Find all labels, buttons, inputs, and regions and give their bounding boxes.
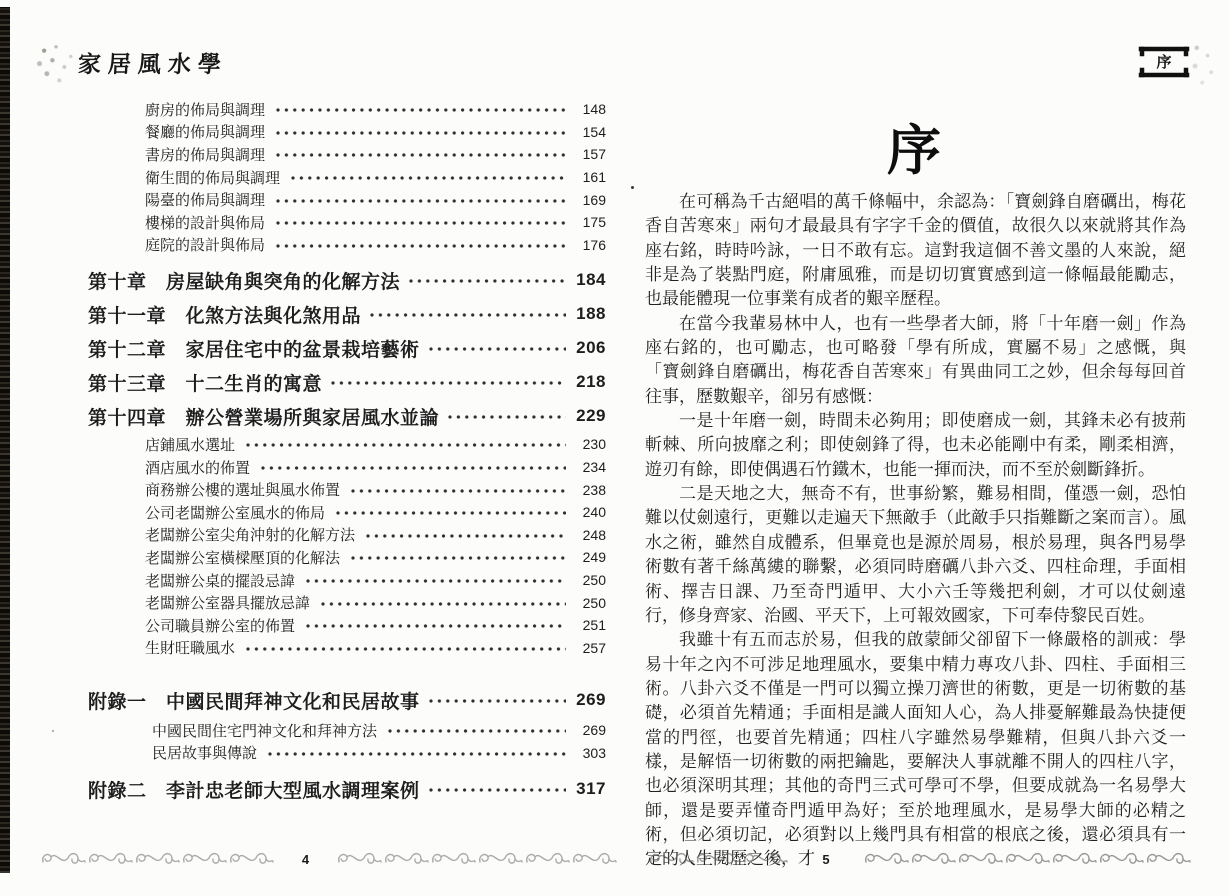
toc-entry-title: 老闆辦公室器具擺放忌諱 [145, 592, 310, 613]
scroll-ornament-icon [648, 849, 695, 869]
dot-leader [428, 342, 566, 356]
tab-label: 序 [1138, 51, 1190, 72]
scroll-ornament-icon [134, 849, 181, 869]
dot-leader [290, 171, 566, 185]
toc-row: 附錄一 中國民間拜神文化和民居故事269 [88, 683, 606, 717]
toc-row: 商務辦公樓的選址與風水佈置238 [88, 478, 606, 501]
footer-ornament [40, 849, 275, 869]
toc-entry-title: 酒店風水的佈置 [145, 457, 250, 478]
scroll-ornament-icon [1098, 849, 1145, 869]
dot-leader [330, 376, 566, 390]
scroll-ornament-icon [181, 849, 228, 869]
dot-leader [350, 484, 566, 498]
toc-entry-title: 餐廳的佈局與調理 [145, 121, 265, 142]
dot-leader [369, 308, 566, 322]
toc-entry-title: 陽臺的佈局與調理 [145, 189, 265, 210]
toc-entry-title: 商務辦公樓的選址與風水佈置 [145, 479, 340, 500]
toc-entry-page: 184 [572, 270, 606, 290]
toc-row: 第十一章 化煞方法與化煞用品188 [88, 297, 606, 331]
toc-entry-page: 230 [572, 436, 606, 452]
toc-row: 第十章 房屋缺角與突角的化解方法184 [88, 263, 606, 297]
dot-leader [245, 438, 566, 452]
footer-ornament [648, 849, 789, 869]
toc-row: 書房的佈局與調理157 [88, 143, 606, 166]
toc-row: 生財旺職風水257 [88, 637, 606, 660]
dot-leader [275, 148, 566, 162]
scroll-ornament-icon [524, 849, 571, 869]
toc-entry-page: 229 [572, 406, 606, 426]
dot-leader [275, 239, 566, 253]
dot-leader [350, 551, 566, 565]
preface-paragraph: 在當今我輩易林中人，也有一些學者大師，將「十年磨一劍」作為座右銘的，也可勵志，也… [645, 312, 1186, 409]
dot-leader [305, 574, 566, 588]
ink-smudge [1186, 40, 1222, 92]
right-page-footer: 5 [648, 846, 1192, 872]
dot-leader [447, 410, 566, 424]
scan-binding-bar [0, 7, 10, 873]
toc-entry-title: 附錄一 中國民間拜神文化和民居故事 [88, 687, 420, 714]
dot-leader [245, 642, 566, 656]
scan-top-edge [0, 0, 1230, 7]
toc-entry-page: 250 [572, 595, 606, 611]
footer-ornament [336, 849, 618, 869]
toc-entry-title: 公司老闆辦公室風水的佈局 [145, 502, 325, 523]
scan-speck [52, 730, 54, 732]
toc-entry-title: 公司職員辦公室的佈置 [145, 615, 295, 636]
toc-section: 廚房的佈局與調理148餐廳的佈局與調理154書房的佈局與調理157衛生間的佈局與… [88, 98, 606, 256]
preface-paragraph: 在可稱為千古絕唱的萬千條幅中，余認為：「寶劍鋒自磨礪出，梅花香自苦寒來」兩句才最… [645, 190, 1186, 312]
scroll-ornament-icon [957, 849, 1004, 869]
scroll-ornament-icon [383, 849, 430, 869]
toc-entry-title: 第十章 房屋缺角與突角的化解方法 [88, 267, 400, 294]
toc-entry-title: 第十二章 家居住宅中的盆景栽培藝術 [88, 335, 420, 362]
scroll-ornament-icon [477, 849, 524, 869]
toc-row: 老闆辦公室橫樑壓頂的化解法249 [88, 546, 606, 569]
dot-leader [275, 126, 566, 140]
toc-entry-page: 161 [572, 169, 606, 185]
toc-row: 廚房的佈局與調理148 [88, 98, 606, 121]
table-of-contents: 廚房的佈局與調理148餐廳的佈局與調理154書房的佈局與調理157衛生間的佈局與… [88, 98, 606, 806]
toc-entry-page: 148 [572, 101, 606, 117]
toc-entry-title: 中國民間住宅門神文化和拜神方法 [152, 720, 377, 741]
toc-entry-page: 169 [572, 192, 606, 208]
toc-row: 陽臺的佈局與調理169 [88, 188, 606, 211]
dot-leader [260, 461, 566, 475]
toc-row: 附錄二 李計忠老師大型風水調理案例317 [88, 772, 606, 806]
toc-row: 老闆辦公室尖角沖射的化解方法248 [88, 524, 606, 547]
dot-leader [408, 274, 566, 288]
toc-entry-title: 書房的佈局與調理 [145, 144, 265, 165]
toc-entry-page: 154 [572, 124, 606, 140]
scroll-ornament-icon [742, 849, 789, 869]
scroll-ornament-icon [228, 849, 275, 869]
toc-entry-title: 老闆辦公桌的擺設忌諱 [145, 570, 295, 591]
toc-entry-title: 店鋪風水選址 [145, 434, 235, 455]
toc-row: 第十四章 辦公營業場所與家居風水並論229 [88, 399, 606, 433]
toc-row: 民居故事與傳說303 [88, 742, 606, 765]
toc-entry-title: 老闆辦公室橫樑壓頂的化解法 [145, 547, 340, 568]
page-number: 4 [302, 852, 309, 867]
toc-entry-title: 民居故事與傳說 [152, 742, 257, 763]
toc-entry-title: 衛生間的佈局與調理 [145, 167, 280, 188]
dot-leader [335, 506, 566, 520]
section-corner-tab: 序 [1138, 42, 1190, 82]
dot-leader [387, 724, 566, 738]
toc-entry-page: 176 [572, 237, 606, 253]
dot-leader [275, 194, 566, 208]
left-page-footer: 4 [40, 846, 618, 872]
toc-entry-title: 老闆辦公室尖角沖射的化解方法 [145, 524, 355, 545]
toc-entry-page: 250 [572, 572, 606, 588]
toc-entry-title: 第十三章 十二生肖的寓意 [88, 369, 322, 396]
toc-section: 附錄一 中國民間拜神文化和民居故事269中國民間住宅門神文化和拜神方法269民居… [88, 683, 606, 806]
toc-row: 酒店風水的佈置234 [88, 456, 606, 479]
scroll-ornament-icon [695, 849, 742, 869]
toc-entry-title: 第十一章 化煞方法與化煞用品 [88, 301, 361, 328]
toc-entry-page: 238 [572, 482, 606, 498]
preface-paragraph: 二是天地之大，無奇不有，世事紛繁，難易相間，僅憑一劍，恐怕難以仗劍遠行，更難以走… [645, 482, 1186, 628]
preface-body: 在可稱為千古絕唱的萬千條幅中，余認為：「寶劍鋒自磨礪出，梅花香自苦寒來」兩句才最… [645, 190, 1186, 872]
toc-row: 老闆辦公室器具擺放忌諱250 [88, 591, 606, 614]
preface-paragraph: 一是十年磨一劍，時間未必夠用；即使磨成一劍，其鋒未必有披荊斬棘、所向披靡之利；即… [645, 409, 1186, 482]
toc-entry-title: 附錄二 李計忠老師大型風水調理案例 [88, 776, 420, 803]
toc-row: 樓梯的設計與佈局175 [88, 211, 606, 234]
toc-row: 老闆辦公桌的擺設忌諱250 [88, 569, 606, 592]
dot-leader [267, 747, 566, 761]
toc-section: 第十章 房屋缺角與突角的化解方法184第十一章 化煞方法與化煞用品188第十二章… [88, 263, 606, 433]
ink-smudge [34, 42, 80, 90]
toc-entry-title: 生財旺職風水 [145, 637, 235, 658]
toc-entry-title: 第十四章 辦公營業場所與家居風水並論 [88, 403, 439, 430]
toc-entry-page: 317 [572, 779, 606, 799]
toc-row: 第十三章 十二生肖的寓意218 [88, 365, 606, 399]
toc-row: 餐廳的佈局與調理154 [88, 121, 606, 144]
footer-ornament [863, 849, 1192, 869]
scroll-ornament-icon [1051, 849, 1098, 869]
scroll-ornament-icon [430, 849, 477, 869]
scroll-ornament-icon [910, 849, 957, 869]
dot-leader [275, 216, 566, 230]
scroll-ornament-icon [571, 849, 618, 869]
toc-entry-page: 175 [572, 214, 606, 230]
toc-entry-page: 157 [572, 146, 606, 162]
dot-leader [428, 694, 566, 708]
book-title: 家居風水學 [77, 46, 229, 79]
toc-entry-page: 188 [572, 304, 606, 324]
toc-row: 公司老闆辦公室風水的佈局240 [88, 501, 606, 524]
toc-entry-page: 248 [572, 527, 606, 543]
toc-entry-page: 249 [572, 549, 606, 565]
dot-leader [275, 103, 566, 117]
dot-leader [365, 529, 566, 543]
scan-speck [631, 186, 634, 189]
toc-entry-page: 257 [572, 640, 606, 656]
toc-entry-page: 303 [572, 745, 606, 761]
toc-row: 公司職員辦公室的佈置251 [88, 614, 606, 637]
toc-entry-title: 樓梯的設計與佈局 [145, 212, 265, 233]
toc-entry-page: 251 [572, 617, 606, 633]
toc-row: 店鋪風水選址230 [88, 433, 606, 456]
dot-leader [305, 619, 566, 633]
dot-leader [428, 783, 566, 797]
toc-entry-page: 269 [572, 690, 606, 710]
toc-row: 衛生間的佈局與調理161 [88, 166, 606, 189]
preface-paragraph: 我雖十有五而志於易，但我的啟蒙師父卻留下一條嚴格的訓戒：學易十年之內不可涉足地理… [645, 628, 1186, 871]
toc-section: 店鋪風水選址230酒店風水的佈置234商務辦公樓的選址與風水佈置238公司老闆辦… [88, 433, 606, 659]
toc-row: 第十二章 家居住宅中的盆景栽培藝術206 [88, 331, 606, 365]
scroll-ornament-icon [336, 849, 383, 869]
scroll-ornament-icon [1004, 849, 1051, 869]
scroll-ornament-icon [1145, 849, 1192, 869]
toc-entry-title: 庭院的設計與佈局 [145, 234, 265, 255]
dot-leader [320, 597, 566, 611]
toc-entry-page: 206 [572, 338, 606, 358]
scroll-ornament-icon [40, 849, 87, 869]
toc-entry-title: 廚房的佈局與調理 [145, 99, 265, 120]
toc-row: 庭院的設計與佈局176 [88, 234, 606, 257]
toc-entry-page: 240 [572, 504, 606, 520]
toc-entry-page: 218 [572, 372, 606, 392]
toc-row: 中國民間住宅門神文化和拜神方法269 [88, 719, 606, 742]
preface-title: 序 [645, 108, 1185, 185]
page-number: 5 [822, 852, 829, 867]
toc-entry-page: 234 [572, 459, 606, 475]
scroll-ornament-icon [87, 849, 134, 869]
scroll-ornament-icon [863, 849, 910, 869]
toc-entry-page: 269 [572, 722, 606, 738]
